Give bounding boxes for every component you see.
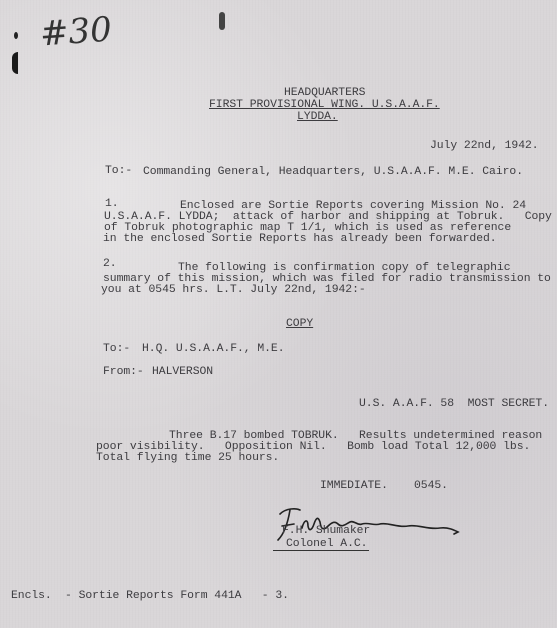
signatory-name: F.H. Shumaker bbox=[282, 525, 370, 537]
enclosures-value: - Sortie Reports Form 441A - 3. bbox=[65, 590, 289, 602]
paragraph-2-number: 2. bbox=[103, 258, 117, 270]
header-location: LYDDA. bbox=[297, 111, 338, 123]
punch-mark bbox=[219, 12, 225, 30]
priority: IMMEDIATE. bbox=[320, 480, 388, 492]
copy-heading: COPY bbox=[286, 318, 313, 330]
punch-mark bbox=[12, 52, 18, 74]
dispatch-time: 0545. bbox=[414, 480, 448, 492]
enclosures-label: Encls. bbox=[11, 590, 52, 602]
classification: U.S. A.A.F. 58 MOST SECRET. bbox=[359, 398, 549, 410]
paragraph-1-line: in the enclosed Sortie Reports has alrea… bbox=[103, 233, 497, 245]
handwritten-file-number: #30 bbox=[39, 10, 113, 55]
copy-from-value: HALVERSON bbox=[152, 366, 213, 378]
copy-to-label: To:- bbox=[103, 343, 130, 355]
to-label: To:- bbox=[105, 165, 132, 177]
paragraph-2-line: you at 0545 hrs. L.T. July 22nd, 1942:- bbox=[101, 284, 366, 296]
punch-mark bbox=[14, 32, 18, 39]
copy-to-value: H.Q. U.S.A.A.F., M.E. bbox=[142, 343, 285, 355]
header-wing: FIRST PROVISIONAL WING. U.S.A.A.F. bbox=[209, 99, 440, 111]
signature-underline bbox=[273, 550, 369, 551]
header-headquarters: HEADQUARTERS bbox=[284, 87, 365, 99]
to-value: Commanding General, Headquarters, U.S.A.… bbox=[143, 166, 523, 178]
copy-from-label: From:- bbox=[103, 366, 144, 378]
signatory-title: Colonel A.C. bbox=[286, 538, 367, 550]
message-line: Total flying time 25 hours. bbox=[96, 452, 279, 464]
letter-date: July 22nd, 1942. bbox=[430, 140, 539, 152]
paragraph-1-number: 1. bbox=[105, 198, 119, 210]
